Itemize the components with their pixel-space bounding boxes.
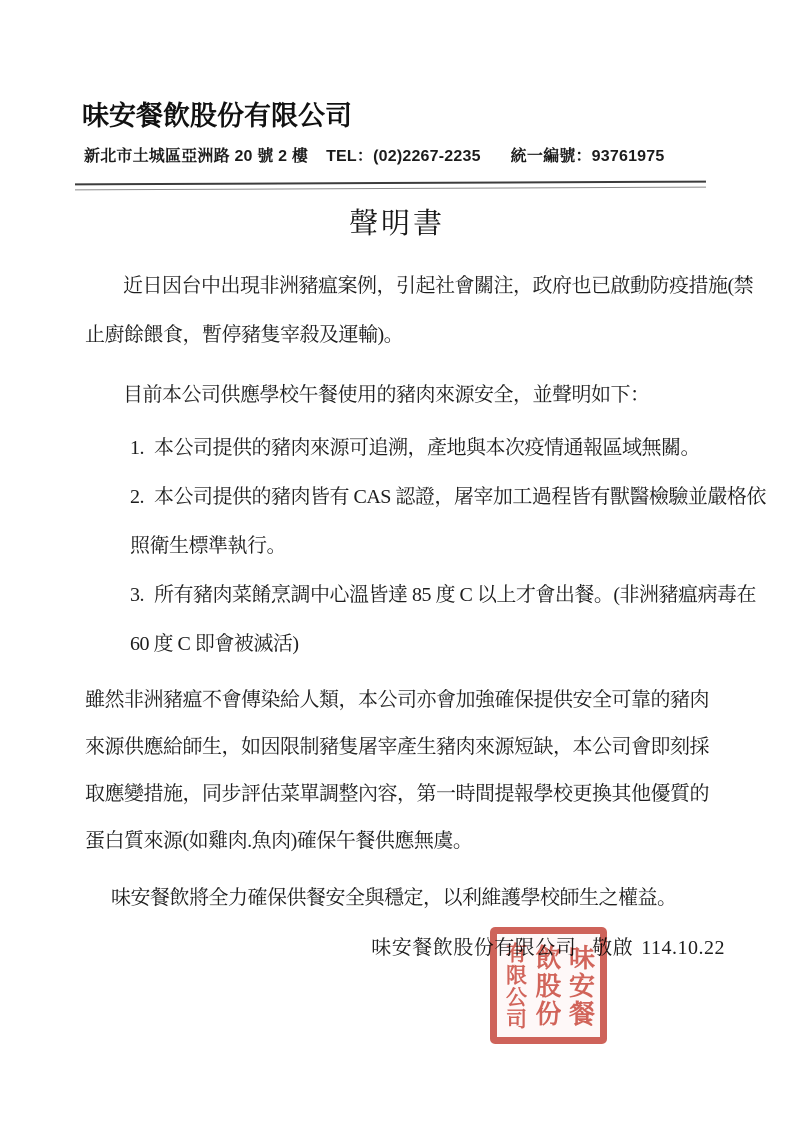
paragraph-line: 取應變措施，同步評估菜單調整內容，第一時間提報學校更換其他優質的	[85, 771, 725, 818]
seal-column-middle: 飲股份	[533, 944, 559, 1028]
paragraph-line: 蛋白質來源(如雞肉.魚肉)確保午餐供應無虞。	[85, 818, 725, 865]
company-seal-stamp: 味安餐 飲股份 有限公司	[490, 927, 607, 1044]
seal-column-right: 味安餐	[567, 944, 593, 1028]
item-text: 本公司提供的豬肉皆有 CAS 認證，屠宰加工過程皆有獸醫檢驗並嚴格依	[154, 486, 766, 508]
signature-date: 114.10.22	[641, 937, 725, 959]
document-title: 聲明書	[0, 201, 794, 242]
paragraph-line: 目前本公司供應學校午餐使用的豬肉來源安全，並聲明如下：	[85, 371, 725, 420]
item-text: 本公司提供的豬肉來源可追溯，產地與本次疫情通報區域無關。	[154, 437, 700, 459]
statement-list: 1.本公司提供的豬肉來源可追溯，產地與本次疫情通報區域無關。 2.本公司提供的豬…	[85, 424, 725, 669]
item-number: 3.	[130, 571, 144, 620]
list-item: 2.本公司提供的豬肉皆有 CAS 認證，屠宰加工過程皆有獸醫檢驗並嚴格依 照衛生…	[130, 473, 725, 571]
company-tel: TEL：(02)2267-2235	[326, 148, 481, 165]
company-name: 味安餐飲股份有限公司	[82, 94, 352, 133]
company-contact-line: 新北市土城區亞洲路 20 號 2 樓TEL：(02)2267-2235統一編號：…	[84, 143, 664, 166]
item-number: 1.	[130, 424, 144, 473]
item-text: 所有豬肉菜餚烹調中心溫皆達 85 度 C 以上才會出餐。(非洲豬瘟病毒在	[154, 584, 756, 606]
seal-column-left: 有限公司	[505, 942, 526, 1030]
paragraph-declaration-lead: 目前本公司供應學校午餐使用的豬肉來源安全，並聲明如下：	[85, 371, 725, 420]
paragraph-intro: 近日因台中出現非洲豬瘟案例，引起社會關注，政府也已啟動防疫措施(禁 止廚餘餵食，…	[85, 262, 725, 360]
closing-paragraph: 味安餐飲將全力確保供餐安全與穩定，以利維護學校師生之權益。	[85, 874, 725, 923]
paragraph-line: 來源供應給師生，如因限制豬隻屠宰產生豬肉來源短缺，本公司會即刻採	[85, 724, 725, 771]
list-item: 1.本公司提供的豬肉來源可追溯，產地與本次疫情通報區域無關。	[130, 424, 725, 473]
paragraph-contingency: 雖然非洲豬瘟不會傳染給人類，本公司亦會加強確保提供安全可靠的豬肉 來源供應給師生…	[85, 677, 725, 865]
header-divider	[75, 181, 706, 191]
company-tax-id: 統一編號：93761975	[511, 148, 665, 165]
paragraph-line: 味安餐飲將全力確保供餐安全與穩定，以利維護學校師生之權益。	[85, 874, 725, 923]
item-text-wrap: 60 度 C 即會被滅活)	[130, 620, 725, 669]
document-page: 味安餐飲股份有限公司 新北市土城區亞洲路 20 號 2 樓TEL：(02)226…	[0, 0, 794, 1123]
paragraph-line: 雖然非洲豬瘟不會傳染給人類，本公司亦會加強確保提供安全可靠的豬肉	[85, 677, 725, 724]
company-address: 新北市土城區亞洲路 20 號 2 樓	[84, 148, 308, 165]
list-item: 3.所有豬肉菜餚烹調中心溫皆達 85 度 C 以上才會出餐。(非洲豬瘟病毒在 6…	[130, 571, 725, 669]
item-text-wrap: 照衛生標準執行。	[130, 522, 725, 571]
paragraph-line: 近日因台中出現非洲豬瘟案例，引起社會關注，政府也已啟動防疫措施(禁	[85, 262, 725, 311]
item-number: 2.	[130, 473, 144, 522]
paragraph-line: 止廚餘餵食，暫停豬隻宰殺及運輸)。	[85, 311, 725, 360]
